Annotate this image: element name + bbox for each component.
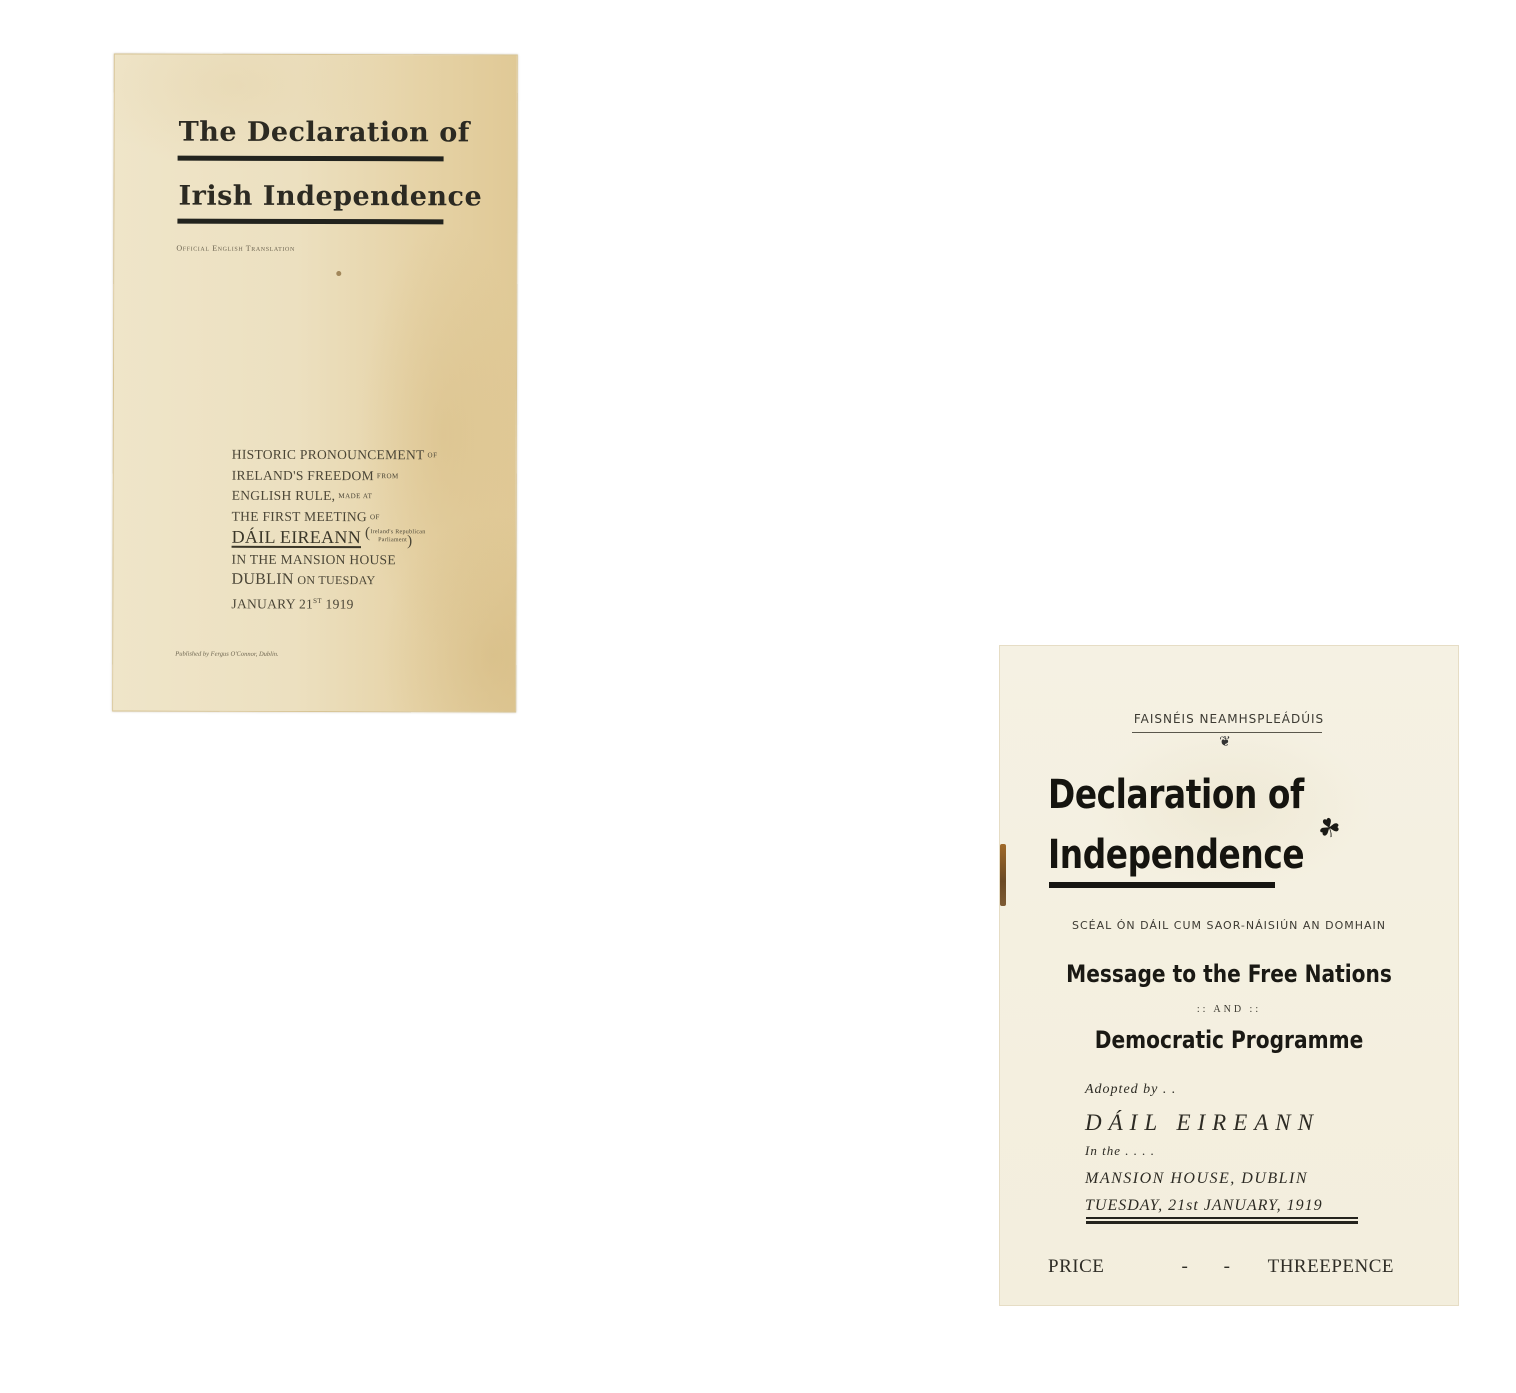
body-line: DUBLIN ON TUESDAY (231, 570, 437, 591)
body-small-text: OF (428, 451, 438, 459)
body-small-text: MADE AT (338, 492, 372, 500)
dail-eireann-text: DÁIL EIREANN (1085, 1110, 1323, 1143)
adoption-details: Adopted by . . DÁIL EIREANN In the . . .… (1085, 1082, 1323, 1219)
body-text: THE FIRST MEETING (232, 508, 367, 523)
fleuron-icon: ❦ (1212, 734, 1238, 751)
heading-rule (1132, 732, 1322, 733)
parliament-note-line-1: Ireland's Republican (370, 529, 425, 535)
pamphlet-title-line-2: Irish Independence (178, 181, 444, 213)
and-separator: :: AND :: (1000, 1004, 1458, 1015)
price-line: PRICE - - THREEPENCE (1048, 1256, 1394, 1278)
dail-eireann-text: DÁIL EIREANN (232, 527, 361, 547)
adopted-by-text: Adopted by . . (1085, 1082, 1323, 1110)
body-text: HISTORIC PRONOUNCEMENT (232, 447, 425, 463)
body-text: DUBLIN (231, 571, 293, 588)
body-line: IRELAND'S FREEDOMFROM (232, 465, 438, 486)
title-rule (178, 156, 444, 162)
parliament-note-line-2: Parliament (378, 537, 407, 543)
publisher-credit: Published by Fergus O'Connor, Dublin. (175, 651, 278, 658)
body-text: JANUARY 21 (231, 596, 313, 611)
programme-heading: Democratic Programme (1037, 1026, 1422, 1054)
parliament-note: (Ireland's RepublicanParliament) (365, 529, 426, 545)
in-the-text: In the . . . . (1085, 1143, 1323, 1170)
irish-edition-pamphlet: FAISNÉIS NEAMHSPLEÁDÚIS ❦ Declaration of… (999, 645, 1459, 1306)
pronouncement-text: HISTORIC PRONOUNCEMENTOF IRELAND'S FREED… (231, 445, 437, 615)
body-text: ENGLISH RULE, (232, 488, 336, 503)
body-small-text: FROM (377, 472, 399, 480)
body-text: IN THE MANSION HOUSE (232, 551, 396, 566)
gaelic-subheading: SCÉAL ÓN DÁIL CUM SAOR-NÁISIÚN AN DOMHAI… (1000, 919, 1458, 932)
location-text: MANSION HOUSE, DUBLIN (1085, 1170, 1323, 1197)
ink-spot (336, 271, 341, 276)
body-line: ENGLISH RULE,MADE AT (232, 486, 438, 507)
ordinal-suffix: ST (313, 596, 322, 604)
pamphlet-title-line-2: Independence (1048, 832, 1304, 878)
year-text: 1919 (326, 596, 354, 611)
price-dashes: - - (1182, 1256, 1231, 1278)
price-value: THREEPENCE (1268, 1256, 1394, 1278)
body-text: ON TUESDAY (297, 573, 375, 587)
pamphlet-subtitle: Official English Translation (176, 244, 295, 253)
message-heading: Message to the Free Nations (1037, 960, 1422, 988)
date-rule (1086, 1221, 1358, 1224)
body-text: IRELAND'S FREEDOM (232, 467, 374, 482)
body-small-text: OF (370, 513, 380, 521)
body-line: JANUARY 21ST 1919 (231, 590, 437, 615)
pamphlet-title-line-1: The Declaration of (179, 117, 445, 149)
body-line: HISTORIC PRONOUNCEMENTOF (232, 445, 438, 466)
body-line: DÁIL EIREANN(Ireland's RepublicanParliam… (232, 527, 438, 550)
title-rule (1049, 882, 1275, 888)
english-translation-pamphlet: The Declaration of Irish Independence Of… (112, 53, 518, 712)
body-line: THE FIRST MEETINGOF (232, 506, 438, 527)
date-rule (1086, 1217, 1358, 1219)
gaelic-heading: FAISNÉIS NEAMHSPLEÁDÚIS (1000, 712, 1458, 726)
shamrock-icon: ☘ (1314, 811, 1346, 847)
body-line: IN THE MANSION HOUSE (232, 549, 438, 570)
date-text: TUESDAY, 21st JANUARY, 1919 (1085, 1197, 1323, 1219)
pamphlet-title-line-1: Declaration of (1048, 772, 1304, 818)
binding-stain (1000, 844, 1006, 906)
title-rule (177, 219, 443, 225)
price-label: PRICE (1048, 1256, 1104, 1278)
